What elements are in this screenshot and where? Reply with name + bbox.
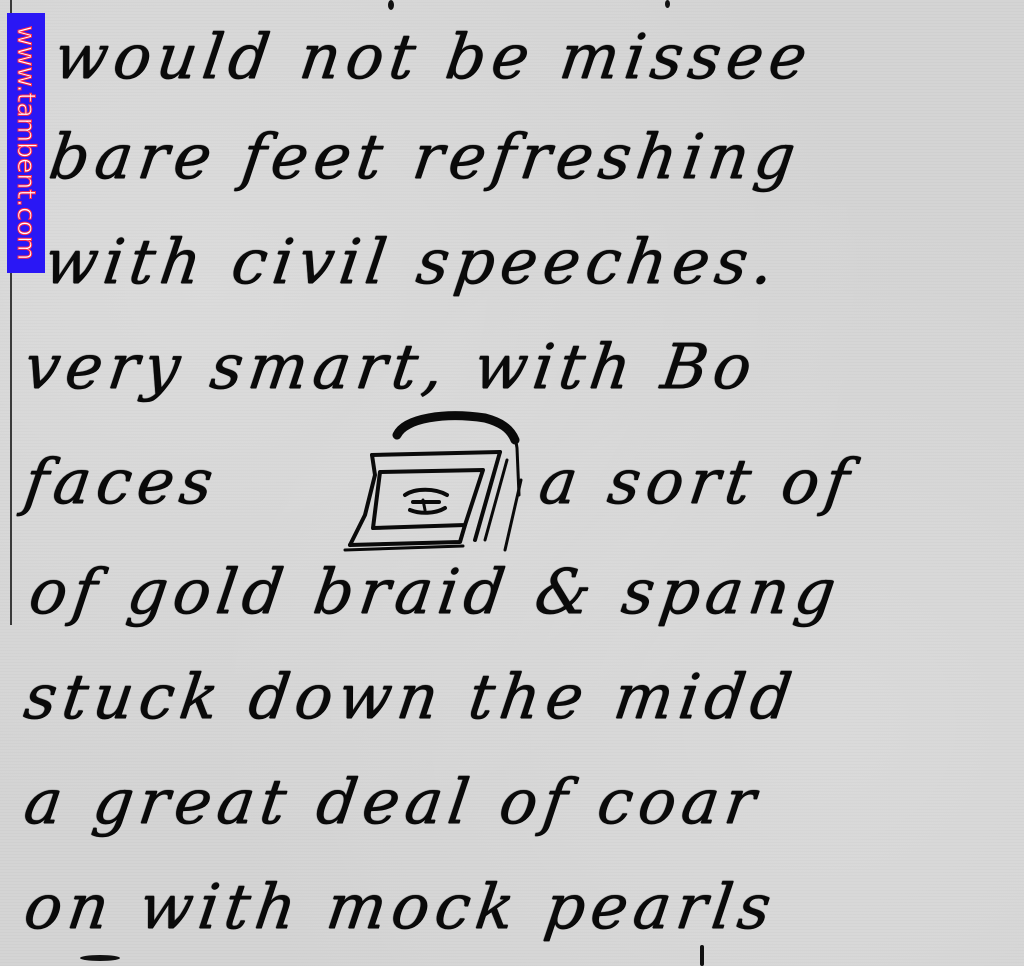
ink-mark — [80, 955, 120, 961]
handwriting-line-6: of gold braid & spang — [25, 555, 846, 628]
handwriting-line-5-before-sketch: faces — [20, 445, 223, 518]
handwriting-line-4: very smart, with Bo — [20, 330, 762, 403]
headdress-sketch-icon — [335, 400, 535, 560]
ink-mark — [700, 945, 704, 966]
watermark-badge: www.tambent.com — [7, 13, 45, 273]
ink-mark — [665, 0, 670, 8]
handwriting-line-9: on with mock pearls — [20, 870, 781, 943]
handwriting-line-7: stuck down the midd — [20, 660, 802, 733]
handwriting-line-5-after-sketch: a sort of — [535, 445, 860, 518]
watermark-text: www.tambent.com — [7, 13, 45, 273]
handwriting-line-2: bare feet refreshing — [45, 120, 806, 193]
handwriting-line-8: a great deal of coar — [20, 765, 766, 838]
handwriting-line-3: with civil speeches. — [40, 225, 784, 298]
handwriting-line-1: would not be missee — [50, 20, 817, 93]
ink-mark — [388, 0, 394, 10]
